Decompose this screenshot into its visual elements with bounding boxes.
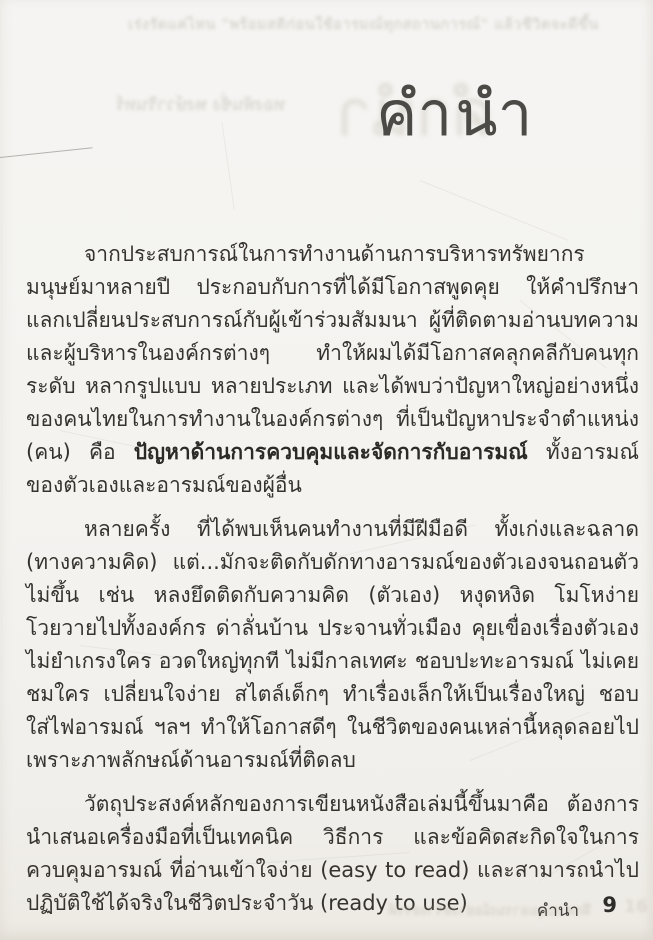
paper-crease (0, 147, 93, 158)
page-title: คำนำ (376, 80, 536, 148)
paper-crease (222, 122, 235, 209)
paragraph-1-bold-phrase: ปัญหาด้านการควบคุมและจัดการกับอารมณ์ (134, 440, 528, 464)
footer-page-number: 9 (602, 893, 617, 917)
book-page: เร่งรัดแค่ไหน "พร้อมสติก่อนใช้อารมณ์ทุกส… (0, 0, 653, 940)
ghost-showthrough-header: เร่งรัดแค่ไหน "พร้อมสติก่อนใช้อารมณ์ทุกส… (128, 13, 643, 36)
footer-section-label: คำนำ (537, 897, 579, 924)
ghost-showthrough-byline: ทองพันชั่ง พงษ์วารินทร์ (116, 91, 285, 118)
paragraph-1-text: จากประสบการณ์ในการทำงานด้านการบริหารทรัพ… (26, 242, 639, 464)
preface-text: จากประสบการณ์ในการทำงานด้านการบริหารทรัพ… (26, 238, 639, 931)
paragraph-2: หลายครั้ง ที่ได้พบเห็นคนทำงานที่มีฝีมือด… (26, 513, 639, 777)
paragraph-1: จากประสบการณ์ในการทำงานด้านการบริหารทรัพ… (26, 238, 639, 502)
paper-crease (420, 180, 569, 241)
